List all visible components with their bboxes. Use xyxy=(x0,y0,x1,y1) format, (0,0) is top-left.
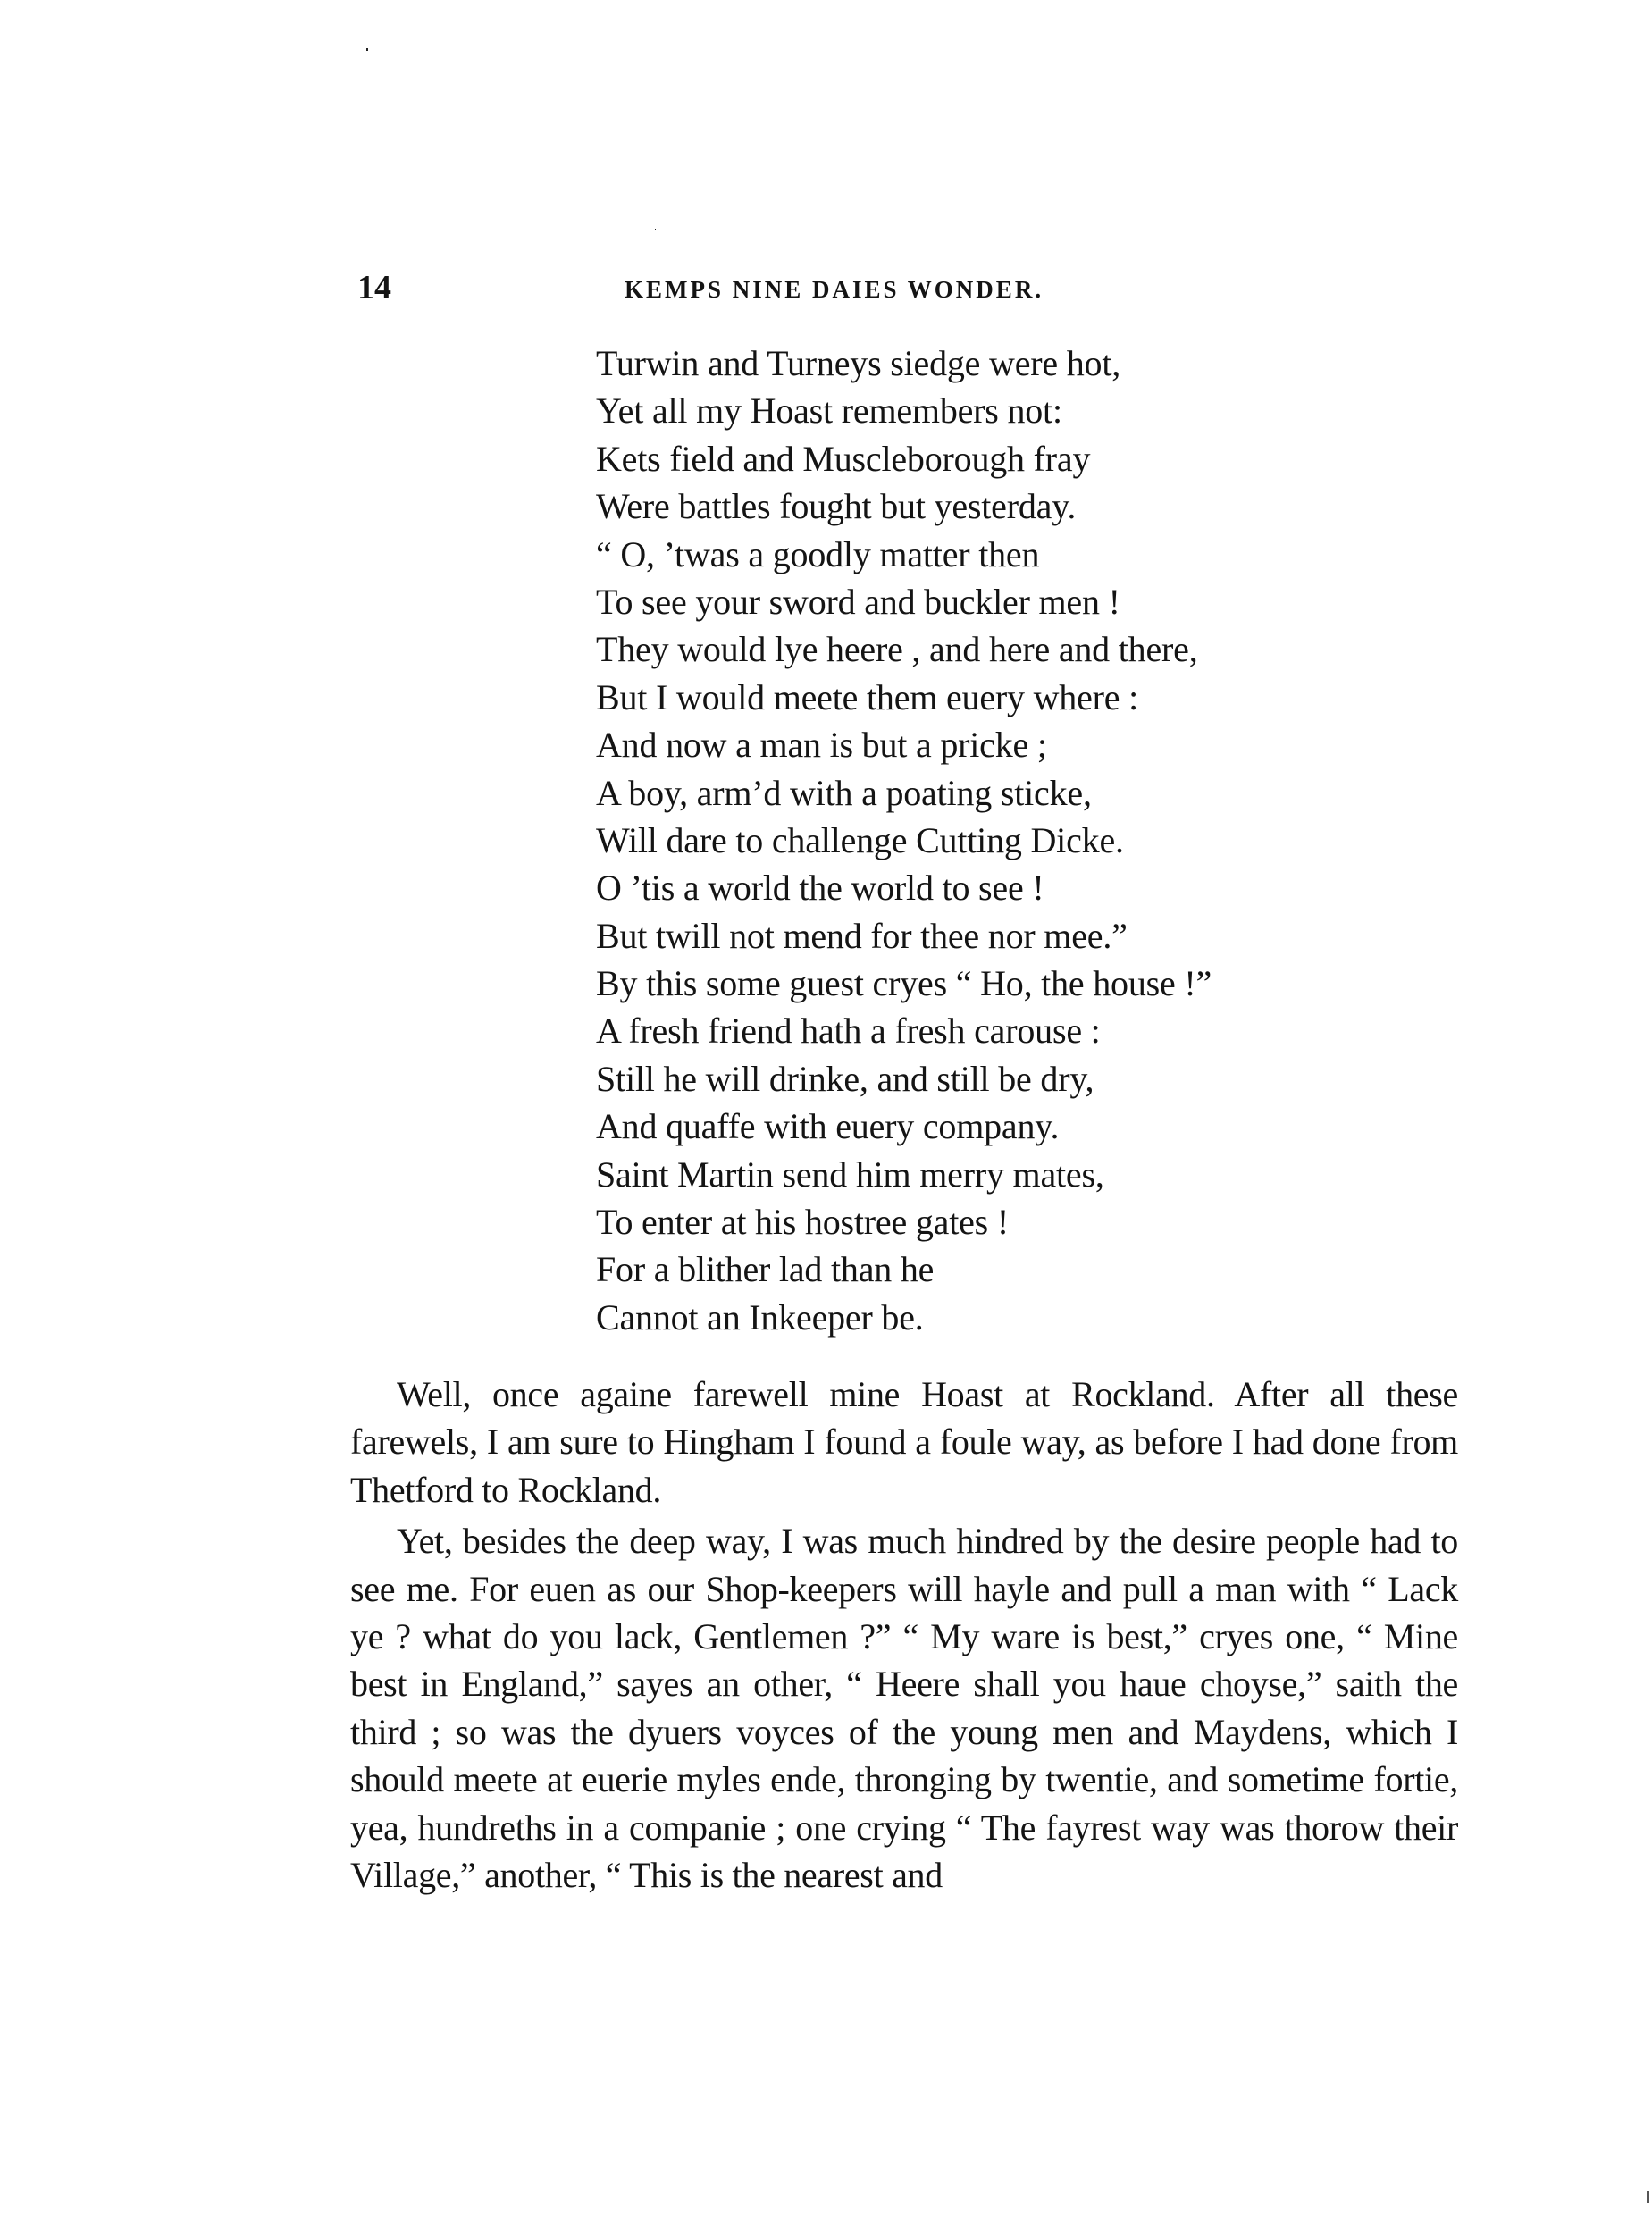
running-head-title: KEMPS NINE DAIES WONDER. xyxy=(625,270,1044,309)
verse-line: Still he will drinke, and still be dry, xyxy=(596,1055,1400,1103)
verse-line: “ O, ’twas a goodly matter then xyxy=(596,531,1400,578)
scan-speck xyxy=(366,48,368,51)
verse-line: To enter at his hostree gates ! xyxy=(596,1198,1400,1245)
verse-line: A fresh friend hath a fresh carouse : xyxy=(596,1007,1400,1054)
page-header: 14 KEMPS NINE DAIES WONDER. xyxy=(350,266,1458,309)
verse-line: Yet all my Hoast remembers not: xyxy=(596,387,1400,434)
verse-line: Saint Martin send him merry mates, xyxy=(596,1151,1400,1198)
verse-line: Will dare to challenge Cutting Dicke. xyxy=(596,817,1400,864)
paragraph: Yet, besides the deep way, I was much hi… xyxy=(350,1517,1458,1899)
page-number: 14 xyxy=(357,266,391,309)
verse-line: Kets field and Muscleborough fray xyxy=(596,435,1400,482)
verse-line: Were battles fought but yesterday. xyxy=(596,482,1400,530)
verse-line: To see your sword and buckler men ! xyxy=(596,578,1400,625)
verse-line: And quaffe with euery company. xyxy=(596,1103,1400,1150)
verse-line: O ’tis a world the world to see ! xyxy=(596,864,1400,911)
verse-line: And now a man is but a pricke ; xyxy=(596,721,1400,768)
verse-line: Cannot an Inkeeper be. xyxy=(596,1294,1400,1341)
paragraph: Well, once againe farewell mine Hoast at… xyxy=(350,1371,1458,1514)
verse-line: They would lye heere , and here and ther… xyxy=(596,625,1400,673)
verse-line: But I would meete them euery where : xyxy=(596,674,1400,721)
prose-block: Well, once againe farewell mine Hoast at… xyxy=(350,1371,1458,1899)
book-page: 14 KEMPS NINE DAIES WONDER. Turwin and T… xyxy=(0,0,1652,2214)
verse-line: By this some guest cryes “ Ho, the house… xyxy=(596,960,1400,1007)
scan-speck xyxy=(655,229,656,230)
verse-line: For a blither lad than he xyxy=(596,1245,1400,1293)
verse-line: Turwin and Turneys siedge were hot, xyxy=(596,340,1400,387)
verse-line: A boy, arm’d with a poating sticke, xyxy=(596,769,1400,817)
scan-speck xyxy=(1647,2191,1649,2203)
verse-block: Turwin and Turneys siedge were hot, Yet … xyxy=(596,340,1400,1341)
verse-line: But twill not mend for thee nor mee.” xyxy=(596,912,1400,960)
